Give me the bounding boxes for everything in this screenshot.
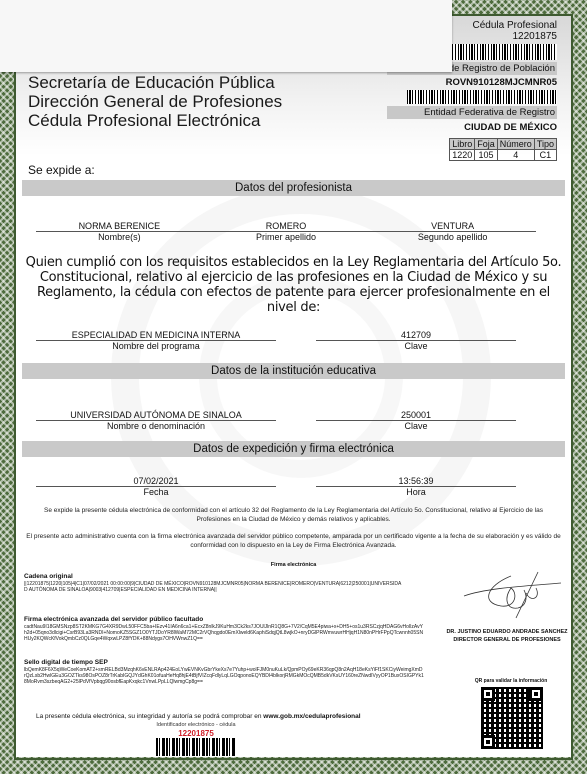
title-secretaria: Secretaría de Educación Pública — [28, 73, 282, 92]
institucion-label: Nombre o denominación — [36, 421, 276, 432]
id-label: Identificador electrónico - cédula — [136, 722, 256, 728]
val-numero: 4 — [497, 150, 534, 161]
signer-block: DR. JUSTINO EDUARDO ANDRADE SANCHEZ DIRE… — [444, 628, 570, 644]
val-tipo: C1 — [534, 150, 556, 161]
cedula-barcode — [447, 44, 557, 60]
verify-url[interactable]: www.gob.mx/cedulaprofesional — [263, 713, 360, 720]
id-number: 12201875 — [136, 729, 256, 738]
curp-value: ROVN910128MJCMNR05 — [387, 77, 557, 88]
avanzada-value: cadtNau9I18GMSNzp8ST2KMKG7G4XR9DwL50FFC5… — [24, 624, 424, 642]
id-barcode — [156, 738, 236, 756]
avanzada-label: Firma electrónica avanzada del servidor … — [24, 616, 424, 624]
segundo-apellido-value: VENTURA — [373, 221, 533, 231]
val-libro: 1220 — [450, 150, 475, 161]
legal-text-2: El presente acto administrativo cuenta c… — [26, 532, 561, 550]
avanzada-block: Firma electrónica avanzada del servidor … — [24, 616, 424, 642]
programa-value: ESPECIALIDAD EN MEDICINA INTERNA — [36, 330, 276, 341]
institucion-clave-field: 250001 Clave — [316, 410, 516, 432]
programa-label: Nombre del programa — [36, 341, 276, 352]
programa-clave-label: Clave — [316, 341, 516, 352]
statement-text: Quien cumplió con los requisitos estable… — [24, 255, 563, 315]
hora-field: 13:56:39 Hora — [316, 476, 516, 498]
col-numero: Número — [497, 139, 534, 150]
institucion-clave-value: 250001 — [316, 410, 516, 421]
programa-clave-field: 412709 Clave — [316, 330, 516, 352]
fecha-value: 07/02/2021 — [36, 476, 276, 487]
sello-block: Sello digital de tiempo SEP lbQemK8F6X5q… — [24, 659, 424, 685]
name-row: NORMA BERENICE ROMERO VENTURA Nombre(s) … — [36, 221, 536, 243]
institucion-value: UNIVERSIDAD AUTÓNOMA DE SINALOA — [36, 410, 276, 421]
qr-finder-icon — [481, 735, 495, 749]
hora-value: 13:56:39 — [316, 476, 516, 487]
col-tipo: Tipo — [534, 139, 556, 150]
hora-label: Hora — [316, 487, 516, 498]
primer-apellido-value: ROMERO — [206, 221, 366, 231]
signer-title: DIRECTOR GENERAL DE PROFESIONES — [444, 636, 570, 644]
qr-finder-icon — [481, 687, 495, 701]
programa-clave-value: 412709 — [316, 330, 516, 341]
sello-label: Sello digital de tiempo SEP — [24, 659, 424, 667]
curp-barcode — [407, 90, 557, 104]
legal-text-1: Se expide la presente cédula electrónica… — [26, 506, 561, 524]
verify-line: La presente cédula electrónica, su integ… — [36, 713, 361, 720]
col-libro: Libro — [450, 139, 475, 150]
signer-name: DR. JUSTINO EDUARDO ANDRADE SANCHEZ — [444, 628, 570, 636]
section-expedicion: Datos de expedición y firma electrónica — [22, 441, 565, 457]
signature-image — [456, 568, 566, 623]
entidad-label: Entidad Federativa de Registro — [387, 106, 557, 119]
sello-value: lbQemK8F6X5qWeCoeKomAT2+smRELBd3MzqhK6vE… — [24, 667, 424, 685]
segundo-apellido-label: Segundo apellido — [373, 232, 533, 243]
cadena-value: ||12201875|1220|105|4|C1|07/02/2021 00:0… — [24, 581, 404, 593]
fecha-field: 07/02/2021 Fecha — [36, 476, 276, 498]
cadena-block: Cadena original ||12201875|1220|105|4|C1… — [24, 573, 404, 593]
fecha-label: Fecha — [36, 487, 276, 498]
title-cedula: Cédula Profesional Electrónica — [28, 111, 282, 130]
verify-text: La presente cédula electrónica, su integ… — [36, 713, 261, 720]
programa-field: ESPECIALIDAD EN MEDICINA INTERNA Nombre … — [36, 330, 276, 352]
registro-table: Libro Foja Número Tipo 1220 105 4 C1 — [449, 138, 557, 161]
nombre-label: Nombre(s) — [39, 232, 199, 243]
institucion-field: UNIVERSIDAD AUTÓNOMA DE SINALOA Nombre o… — [36, 410, 276, 432]
cadena-label: Cadena original — [24, 573, 404, 581]
cedula-document: Estados Unidos Mexicanos Secretaría de E… — [16, 16, 571, 757]
primer-apellido-label: Primer apellido — [206, 232, 366, 243]
nombre-value: NORMA BERENICE — [39, 221, 199, 231]
section-institucion: Datos de la institución educativa — [22, 363, 565, 379]
expide-label: Se expide a: — [28, 163, 95, 177]
institucion-clave-label: Clave — [316, 421, 516, 432]
entidad-value: CIUDAD DE MÉXICO — [387, 122, 557, 133]
section-profesionista: Datos del profesionista — [22, 180, 565, 196]
overlay-panel — [0, 0, 452, 72]
col-foja: Foja — [475, 139, 498, 150]
title-direccion: Dirección General de Profesiones — [28, 92, 282, 111]
qr-label: QR para validar la información — [456, 678, 566, 684]
qr-finder-icon — [529, 687, 543, 701]
qr-code[interactable] — [481, 687, 543, 749]
val-foja: 105 — [475, 150, 498, 161]
